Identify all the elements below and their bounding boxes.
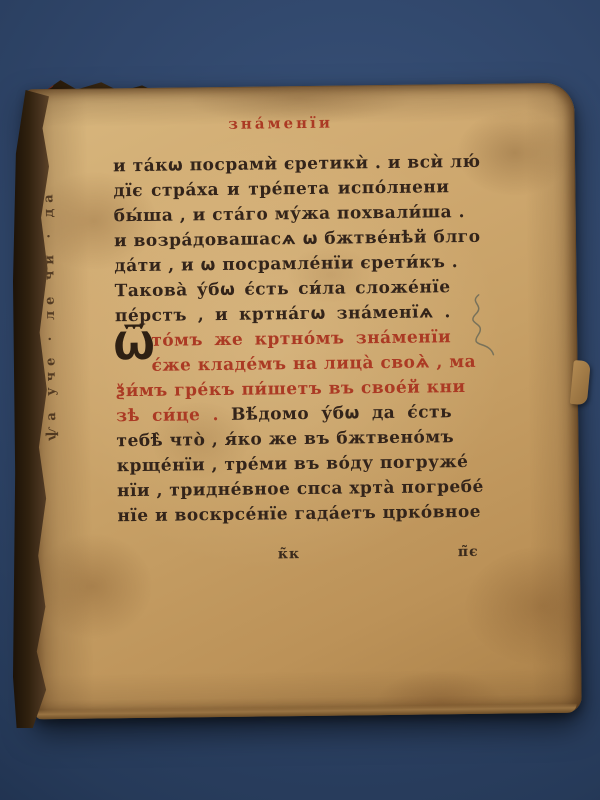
red-ink-text: то́мъ же кртно́мъ зна́менїи (151, 327, 451, 351)
black-ink-text: Такова̀ у́бѡ є́сть си́ла сложе́нїе (115, 277, 451, 301)
black-ink-text: Вѣ́домо у́бѡ да є́сть (219, 402, 452, 425)
photo-backdrop: зна́менїи и та́кѡ посрамѝ єретикѝ . и вс… (0, 0, 600, 800)
text-column: зна́менїи и та́кѡ посрамѝ єретикѝ . и вс… (113, 112, 454, 529)
text-lines: и та́кѡ посрамѝ єретикѝ . и всѝ лю́дїє с… (113, 150, 454, 529)
black-ink-text: пе́рстъ , и кртна́гѡ зна́менїѧ . (115, 302, 451, 326)
quire-mark: к̃к (278, 546, 300, 562)
text-line: нїе и воскрсе́нїе гада́етъ црко́вное (117, 500, 453, 529)
black-ink-text: тебѣ̀ что̀ , я́ко же въ бжтвено́мъ (116, 427, 454, 451)
black-ink-text: бы́ша , и ста́го му́жа похвали́ша . (114, 202, 465, 226)
red-ink-text: є́же кладе́мъ на лица̀ своѧ̀ , ма (151, 352, 476, 376)
red-ink-text: ѯи́мъ гре́къ пи́шетъ въ свое́й кни (116, 377, 466, 401)
black-ink-text: нїе и воскрсе́нїе гада́етъ црко́вное (117, 502, 481, 526)
book-page: зна́менїи и та́кѡ посрамѝ єретикѝ . и вс… (26, 83, 582, 720)
black-ink-text: дїє стра́ха и тре́пета испо́лнени (113, 177, 449, 201)
black-ink-text: нїи , тридне́вное спса хрта̀ погребе́ (117, 477, 484, 501)
black-ink-text: да́ти , и ѡ посрамле́нїи єрети́къ . (114, 252, 458, 276)
page-block-edge (36, 704, 577, 720)
black-ink-text: крще́нїи , тре́ми въ во́ду погруже́ (117, 452, 469, 476)
page-title: зна́менїи (113, 112, 449, 134)
black-ink-text: и та́кѡ посрамѝ єретикѝ . и всѝ лю́ (113, 152, 481, 176)
page-number: п̃є (458, 544, 479, 560)
black-ink-text: и возра́довашасѧ ѡ бжтве́нѣй блго (114, 227, 481, 251)
torn-edge-tab (570, 360, 591, 405)
handwritten-mark (457, 288, 518, 369)
red-ink-text: зѣ си́це . (116, 405, 219, 426)
